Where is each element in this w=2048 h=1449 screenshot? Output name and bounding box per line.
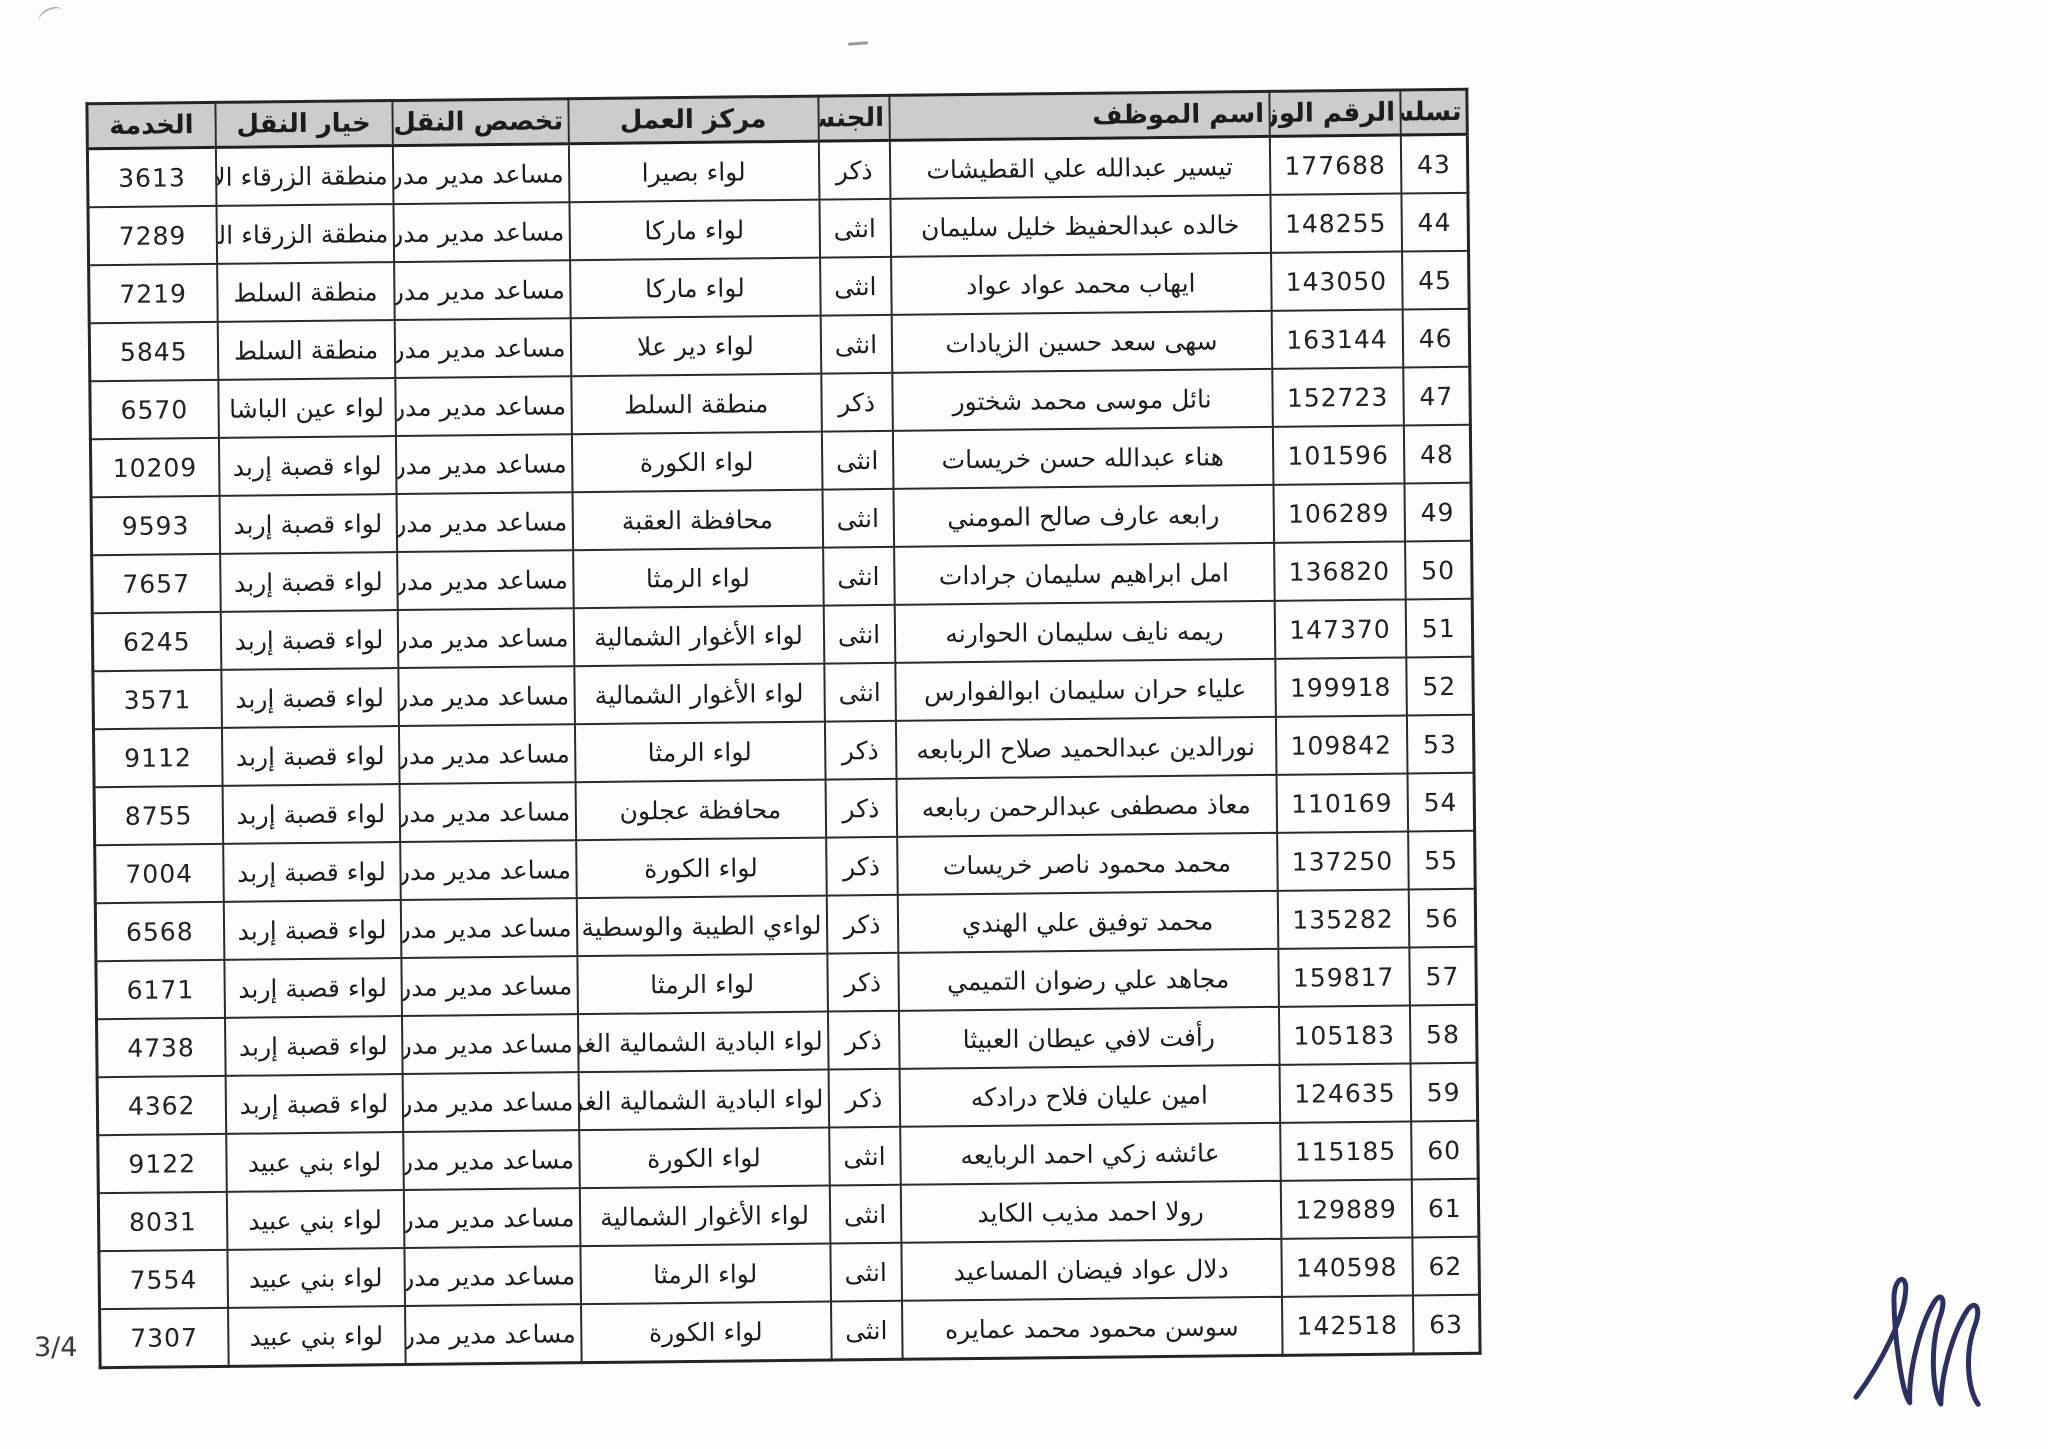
cell-work-center: محافظة عجلون [575,780,826,841]
cell-work-center: لواء الأغوار الشمالية [579,1186,830,1247]
cell-transfer-specialty: مساعد مدير مدرسة [395,434,572,494]
cell-employee-name: رأفت لافي عيطان العبيثا [898,1007,1279,1069]
cell-work-center: لواءي الطيبة والوسطية [576,896,827,957]
cell-transfer-specialty: مساعد مدير مدرسة [398,666,575,726]
cell-work-center: لواء الرمثا [577,954,828,1015]
cell-work-center: لواء الرمثا [574,722,825,783]
cell-gender: ذكر [825,779,897,838]
cell-serial: 63 [1412,1295,1480,1354]
cell-employee-name: نورالدين عبدالحميد صلاح الربابعه [895,717,1276,779]
cell-transfer-option: لواء قصبة إربد [224,1016,402,1076]
cell-service: 9122 [98,1134,227,1193]
cell-ministry-number: 109842 [1275,715,1407,774]
cell-transfer-specialty: مساعد مدير مدرسة [392,144,569,204]
cell-gender: انثى [823,605,895,664]
cell-ministry-number: 124635 [1279,1063,1411,1122]
column-header-serial: تسلسل [1400,89,1467,135]
cell-work-center: لواء الكورة [571,432,822,493]
cell-gender: انثى [819,199,891,258]
cell-transfer-specialty: مساعد مدير مدرسة [400,898,577,958]
cell-employee-name: محمد محمود ناصر خريسات [897,833,1278,895]
cell-transfer-specialty: مساعد مدير مدرسة [395,376,572,436]
cell-gender: ذكر [828,1069,900,1128]
cell-work-center: لواء بصيرا [568,141,819,202]
cell-ministry-number: 143050 [1271,252,1403,311]
cell-transfer-option: منطقة الزرقاء الأولى [215,146,393,206]
cell-transfer-option: لواء قصبة إربد [221,668,399,728]
cell-serial: 55 [1408,831,1476,890]
cell-service: 3571 [93,670,222,729]
cell-transfer-option: منطقة السلط [217,320,395,380]
cell-transfer-specialty: مساعد مدير مدرسة [397,608,574,668]
cell-service: 6245 [92,612,221,671]
cell-gender: انثى [829,1127,901,1186]
cell-ministry-number: 135282 [1277,889,1409,948]
column-header-service: الخدمة [87,102,215,148]
cell-employee-name: هناء عبدالله حسن خريسات [892,427,1273,489]
cell-transfer-option: لواء قصبة إربد [218,436,396,496]
cell-serial: 60 [1411,1121,1479,1180]
cell-transfer-specialty: مساعد مدير مدرسة [405,1304,582,1364]
cell-transfer-option: لواء قصبة إربد [219,494,397,554]
cell-work-center: لواء ماركا [570,258,821,319]
cell-employee-name: تيسير عبدالله علي القطيشات [889,136,1270,198]
cell-transfer-specialty: مساعد مدير مدرسة [394,260,571,320]
cell-gender: انثى [821,431,893,490]
cell-gender: انثى [820,315,892,374]
cell-transfer-option: لواء قصبة إربد [225,1074,403,1134]
cell-ministry-number: 147370 [1274,599,1406,658]
cell-employee-name: رابعه عارف صالح المومني [893,485,1274,547]
cell-work-center: لواء الكورة [576,838,827,899]
column-header-employee-name: اسم الموظف [889,91,1269,140]
cell-service: 9593 [91,496,220,555]
cell-work-center: لواء دير علا [570,316,821,377]
cell-service: 6171 [96,960,225,1019]
cell-service: 7657 [92,554,221,613]
cell-ministry-number: 152723 [1272,367,1404,426]
cell-ministry-number: 142518 [1281,1295,1413,1355]
cell-employee-name: ريمه نايف سليمان الحوارنه [894,601,1275,663]
cell-work-center: لواء ماركا [569,200,820,261]
cell-work-center: لواء الكورة [579,1128,830,1189]
cell-gender: ذكر [818,140,890,199]
cell-transfer-option: لواء بني عبيد [227,1248,405,1308]
cell-ministry-number: 159817 [1278,947,1410,1006]
cell-service: 7289 [88,206,217,265]
cell-ministry-number: 105183 [1278,1005,1410,1064]
scan-artifact [848,41,868,45]
cell-gender: انثى [822,489,894,548]
cell-ministry-number: 136820 [1274,541,1406,600]
column-header-transfer-option: خيار النقل [215,101,392,148]
cell-work-center: لواء الكورة [581,1302,832,1363]
cell-service: 7004 [95,844,224,903]
cell-serial: 46 [1402,309,1470,368]
cell-transfer-specialty: مساعد مدير مدرسة [397,550,574,610]
cell-transfer-option: لواء قصبة إربد [223,842,401,902]
cell-transfer-option: لواء قصبة إربد [224,958,402,1018]
cell-ministry-number: 148255 [1270,194,1402,253]
scan-artifact [36,3,66,28]
column-header-work-center: مركز العمل [568,96,818,144]
cell-service: 4738 [97,1018,226,1077]
cell-ministry-number: 163144 [1271,309,1403,368]
cell-work-center: لواء الأغوار الشمالية [574,664,825,725]
cell-ministry-number: 115185 [1280,1121,1412,1180]
cell-serial: 50 [1405,541,1473,600]
cell-employee-name: سوسن محمود محمد عمايره [901,1297,1282,1359]
cell-employee-name: خالده عبدالحفيظ خليل سليمان [890,195,1271,257]
cell-transfer-option: لواء قصبة إربد [220,552,398,612]
cell-employee-name: نائل موسى محمد شختور [892,369,1273,431]
cell-serial: 51 [1405,599,1473,658]
cell-serial: 44 [1401,193,1469,252]
column-header-transfer-specialty: تخصص النقل [392,99,568,146]
cell-service: 7554 [99,1250,228,1309]
cell-transfer-option: لواء بني عبيد [226,1132,404,1192]
cell-transfer-specialty: مساعد مدير مدرسة [403,1130,580,1190]
cell-transfer-option: لواء قصبة إربد [220,610,398,670]
table-body: 43 177688 تيسير عبدالله علي القطيشات ذكر… [87,134,1480,1367]
column-header-ministry-number: الرقم الوزاري [1269,90,1400,136]
cell-serial: 54 [1407,773,1475,832]
cell-gender: انثى [831,1301,903,1360]
cell-work-center: لواء البادية الشمالية الغربية [578,1070,829,1131]
cell-transfer-specialty: مساعد مدير مدرسة [403,1188,580,1248]
cell-service: 7219 [89,264,218,323]
cell-gender: ذكر [826,895,898,954]
cell-employee-name: سهى سعد حسين الزيادات [891,311,1272,373]
cell-transfer-option: منطقة السلط [217,262,395,322]
cell-service: 6570 [90,380,219,439]
cell-transfer-option: لواء قصبة إربد [223,900,401,960]
cell-service: 3613 [87,147,216,207]
cell-gender: انثى [824,663,896,722]
cell-transfer-specialty: مساعد مدير مدرسة [404,1246,581,1306]
cell-serial: 57 [1409,947,1477,1006]
cell-serial: 52 [1406,657,1474,716]
cell-gender: انثى [823,547,895,606]
cell-work-center: لواء الرمثا [573,548,824,609]
cell-gender: انثى [829,1185,901,1244]
cell-ministry-number: 199918 [1275,657,1407,716]
scan-content: تسلسل الرقم الوزاري اسم الموظف الجنس مرك… [85,88,1481,1369]
cell-gender: انثى [820,257,892,316]
cell-service: 8031 [98,1192,227,1251]
cell-work-center: لواء الرمثا [580,1244,831,1305]
cell-ministry-number: 137250 [1277,831,1409,890]
cell-employee-name: محمد توفيق علي الهندي [897,891,1278,953]
cell-ministry-number: 101596 [1272,425,1404,484]
cell-serial: 61 [1411,1179,1479,1238]
cell-work-center: محافظة العقبة [572,490,823,551]
cell-service: 7307 [100,1308,229,1368]
cell-transfer-option: لواء عين الباشا [218,378,396,438]
cell-transfer-specialty: مساعد مدير مدرسة [402,1072,579,1132]
cell-serial: 53 [1406,715,1474,774]
cell-serial: 56 [1408,889,1476,948]
cell-service: 6568 [95,902,224,961]
cell-ministry-number: 177688 [1269,135,1401,195]
cell-employee-name: رولا احمد مذيب الكايد [900,1181,1281,1243]
cell-transfer-option: منطقة الزرقاء الثانية [216,204,394,264]
cell-transfer-option: لواء قصبة إربد [222,784,400,844]
cell-serial: 58 [1409,1005,1477,1064]
cell-transfer-option: لواء قصبة إربد [221,726,399,786]
cell-employee-name: امل ابراهيم سليمان جرادات [894,543,1275,605]
cell-gender: ذكر [826,837,898,896]
column-header-gender: الجنس [818,95,889,141]
cell-ministry-number: 110169 [1276,773,1408,832]
scanned-document-page: تسلسل الرقم الوزاري اسم الموظف الجنس مرك… [0,0,2048,1449]
cell-gender: انثى [830,1243,902,1302]
employee-transfer-table: تسلسل الرقم الوزاري اسم الموظف الجنس مرك… [85,88,1481,1369]
cell-work-center: لواء البادية الشمالية الغربية [577,1012,828,1073]
cell-employee-name: معاذ مصطفى عبدالرحمن ربابعه [896,775,1277,837]
cell-employee-name: مجاهد علي رضوان التميمي [898,949,1279,1011]
cell-gender: ذكر [821,373,893,432]
cell-service: 10209 [90,438,219,497]
cell-transfer-specialty: مساعد مدير مدرسة [400,840,577,900]
cell-transfer-specialty: مساعد مدير مدرسة [398,724,575,784]
cell-serial: 59 [1410,1063,1478,1122]
cell-employee-name: ايهاب محمد عواد عواد [891,253,1272,315]
cell-transfer-specialty: مساعد مدير مدرسة [393,202,570,262]
cell-serial: 49 [1404,483,1472,542]
cell-serial: 62 [1412,1237,1480,1296]
cell-employee-name: دلال عواد فيضان المساعيد [901,1239,1282,1301]
cell-serial: 48 [1403,425,1471,484]
cell-transfer-specialty: مساعد مدير مدرسة [394,318,571,378]
cell-ministry-number: 129889 [1280,1179,1412,1238]
cell-ministry-number: 140598 [1281,1237,1413,1296]
cell-ministry-number: 106289 [1273,483,1405,542]
cell-employee-name: علياء حران سليمان ابوالفوارس [895,659,1276,721]
cell-work-center: منطقة السلط [571,374,822,435]
cell-transfer-specialty: مساعد مدير مدرسة [399,782,576,842]
cell-service: 4362 [97,1076,226,1135]
cell-serial: 47 [1403,367,1471,426]
cell-service: 5845 [89,322,218,381]
cell-service: 9112 [93,728,222,787]
cell-employee-name: امين عليان فلاح درادكه [899,1065,1280,1127]
cell-transfer-specialty: مساعد مدير مدرسة [401,1014,578,1074]
page-number: 3/4 [34,1332,77,1363]
cell-transfer-option: لواء بني عبيد [226,1190,404,1250]
cell-transfer-specialty: مساعد مدير مدرسة [401,956,578,1016]
cell-gender: ذكر [824,721,896,780]
cell-work-center: لواء الأغوار الشمالية [573,606,824,667]
cell-employee-name: عائشه زكي احمد الربايعه [900,1123,1281,1185]
cell-serial: 43 [1400,134,1468,193]
signature-mark [1835,1264,2025,1440]
cell-gender: ذكر [827,953,899,1012]
cell-transfer-specialty: مساعد مدير مدرسة [396,492,573,552]
cell-gender: ذكر [827,1011,899,1070]
cell-transfer-option: لواء بني عبيد [228,1306,406,1366]
cell-serial: 45 [1402,251,1470,310]
cell-service: 8755 [94,786,223,845]
